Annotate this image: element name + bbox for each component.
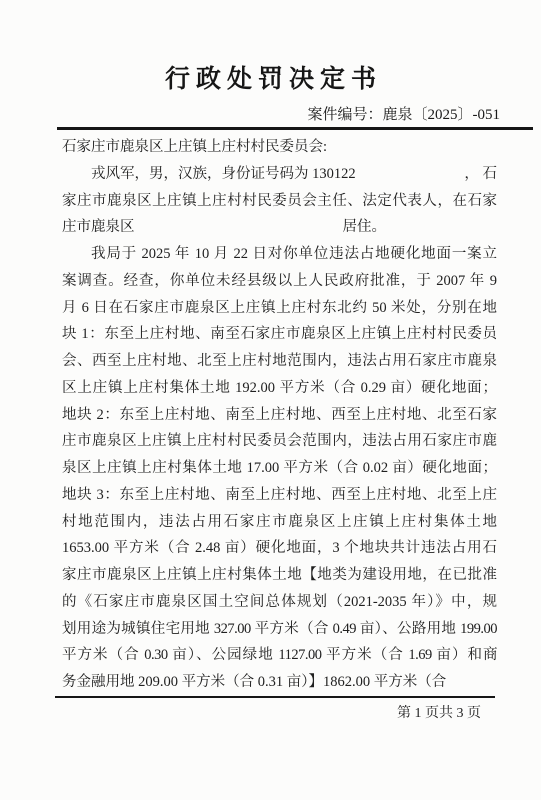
redacted-address-gap (135, 230, 343, 231)
body-text-line: 会、西至上庄村地、北至上庄村地范围内，违法占用石家庄市鹿泉 (62, 348, 497, 375)
body-text-line: 平方米（合 0.30 亩）、公园绿地 1127.00 平方米（合 1.69 亩）… (62, 642, 497, 669)
body-text-line: 我局于 2025 年 10 月 22 日对你单位违法占地硬化地面一案立 (62, 241, 497, 268)
document-body: 石家庄市鹿泉区上庄镇上庄村村民委员会: 戎风军，男，汉族，身份证号码为 1301… (62, 134, 497, 696)
body-text-line: 家庄市鹿泉区上庄镇上庄村集体土地【地类为建设用地，在已批准 (62, 562, 497, 589)
body-text-line: 区上庄镇上庄村集体土地 192.00 平方米（合 0.29 亩）硬化地面； (62, 375, 497, 402)
body-text-line: 划用途为城镇住宅用地 327.00 平方米（合 0.49 亩）、公路用地 199… (62, 616, 497, 643)
case-number-label: 案件编号： (307, 107, 382, 123)
body-text-line: 地块 3：东至上庄村地、南至上庄村地、西至上庄村地、北至上庄 (62, 482, 497, 509)
body-text-line: 1653.00 平方米（合 2.48 亩）硬化地面，3 个地块共计违法占用石 (62, 535, 497, 562)
header-divider-rule (57, 127, 533, 130)
body-text-line: 庄市鹿泉区上庄镇上庄村村民委员会范围内，违法占用石家庄市鹿 (62, 428, 497, 455)
body-text-line: 月 6 日在石家庄市鹿泉区上庄镇上庄村东北约 50 米处，分别在地 (62, 295, 497, 322)
body-text-line: 家庄市鹿泉区上庄镇上庄村村民委员会主任、法定代表人，在石家 (62, 188, 497, 215)
body-text-line: 块 1：东至上庄村地、南至石家庄市鹿泉区上庄镇上庄村村民委员 (62, 321, 497, 348)
legal-representative-info: 戎风军，男，汉族，身份证号码为 130122 (91, 161, 356, 188)
page-number-indicator: 第 1 页共 3 页 (55, 702, 481, 722)
body-text-line: 的《石家庄市鹿泉区国土空间总体规划（2021-2035 年）》中，规 (62, 589, 497, 616)
recipient-line: 石家庄市鹿泉区上庄镇上庄村村民委员会: (62, 134, 497, 161)
body-text-line: 村地范围内，违法占用石家庄市鹿泉区上庄镇上庄村集体土地 (62, 509, 497, 536)
case-number: 案件编号：鹿泉〔2025〕-051 (307, 103, 500, 124)
document-title: 行政处罚决定书 (0, 59, 541, 95)
body-text-line: 案调查。经查，你单位未经县级以上人民政府批准，于 2007 年 9 (62, 268, 497, 295)
scanned-document-page: 行政处罚决定书 案件编号：鹿泉〔2025〕-051 石家庄市鹿泉区上庄镇上庄村村… (0, 0, 541, 800)
body-text-line: 泉区上庄镇上庄村集体土地 17.00 平方米（合 0.02 亩）硬化地面； (62, 455, 497, 482)
legal-representative-line: 戎风军，男，汉族，身份证号码为 130122 ， 石 (62, 161, 497, 188)
footer-divider-rule (55, 696, 495, 698)
body-text-line: 地块 2：东至上庄村地、南至上庄村地、西至上庄村地、北至石家 (62, 402, 497, 429)
residence-suffix: 居住。 (343, 219, 387, 235)
residence-line: 庄市鹿泉区居住。 (62, 214, 497, 241)
body-text-line: 务金融用地 209.00 平方米（合 0.31 亩）】1862.00 平方米（合 (62, 669, 497, 696)
residence-prefix: 庄市鹿泉区 (62, 219, 135, 235)
line-continuation-text: ， 石 (464, 161, 497, 188)
case-number-value: 鹿泉〔2025〕-051 (383, 107, 501, 123)
